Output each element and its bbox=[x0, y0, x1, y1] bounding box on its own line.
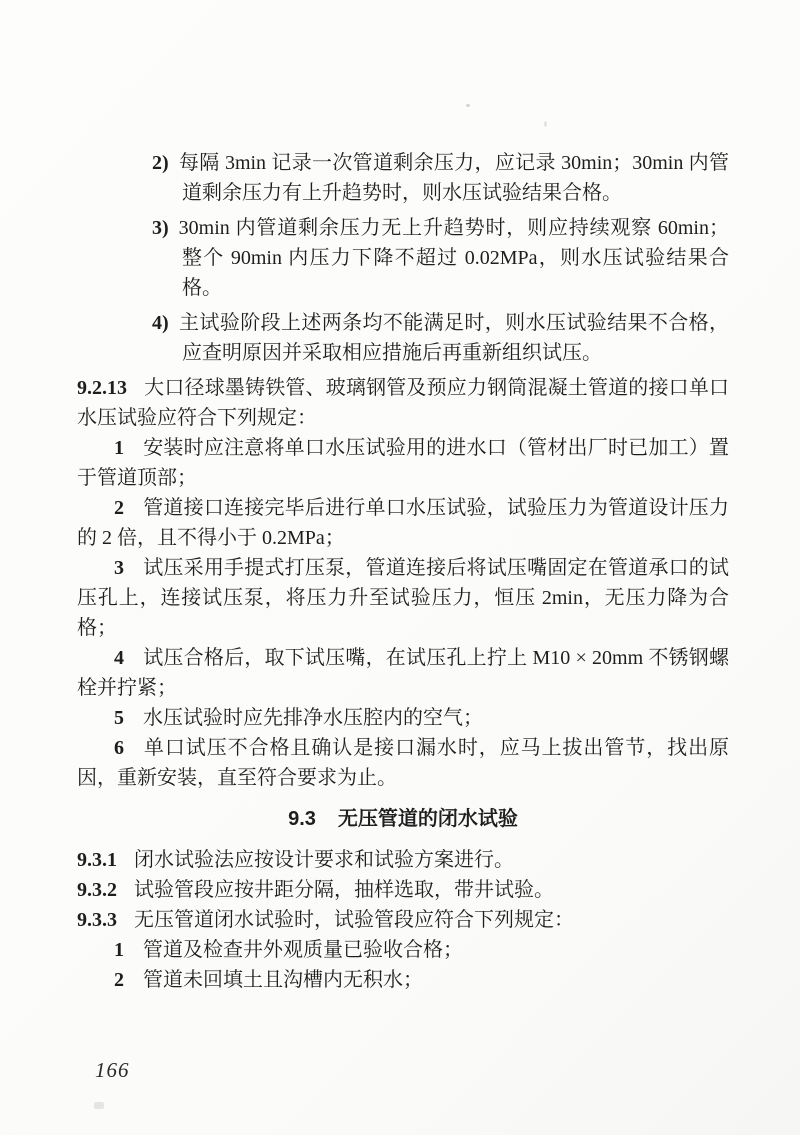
clause-9-3-3: 9.3.3无压管道闭水试验时，试验管段应符合下列规定： bbox=[77, 905, 729, 935]
item-number: 2 bbox=[114, 969, 124, 991]
clause-number: 9.3.1 bbox=[77, 849, 117, 871]
clause-9-2-13: 9.2.13大口径球墨铸铁管、玻璃钢管及预应力钢筒混凝土管道的接口单口水压试验应… bbox=[77, 373, 729, 433]
sublist-item: 2)每隔 3min 记录一次管道剩余压力，应记录 30min；30min 内管道… bbox=[77, 148, 729, 208]
clause-text: 无压管道闭水试验时，试验管段应符合下列规定： bbox=[134, 909, 574, 931]
item-text: 试压采用手提式打压泵，管道连接后将试压嘴固定在管道承口的试压孔上，连接试压泵，将… bbox=[77, 557, 729, 639]
item-text: 管道及检查井外观质量已验收合格； bbox=[143, 939, 463, 961]
clause-item: 1安装时应注意将单口水压试验用的进水口（管材出厂时已加工）置于管道顶部； bbox=[77, 433, 729, 493]
scanned-document-page: 2)每隔 3min 记录一次管道剩余压力，应记录 30min；30min 内管道… bbox=[0, 0, 800, 1135]
item-number: 2 bbox=[114, 497, 124, 519]
clause-item: 2管道未回填土且沟槽内无积水； bbox=[77, 965, 729, 995]
clause-item: 3试压采用手提式打压泵，管道连接后将试压嘴固定在管道承口的试压孔上，连接试压泵，… bbox=[77, 553, 729, 643]
sublist-item: 3)30min 内管道剩余压力无上升趋势时，则应持续观察 60min；整个 90… bbox=[77, 213, 729, 303]
sublist-item-text: 主试验阶段上述两条均不能满足时，则水压试验结果不合格，应查明原因并采取相应措施后… bbox=[179, 312, 729, 364]
sublist-item-text: 每隔 3min 记录一次管道剩余压力，应记录 30min；30min 内管道剩余… bbox=[179, 152, 729, 204]
clause-item: 4试压合格后，取下试压嘴，在试压孔上拧上 M10 × 20mm 不锈钢螺栓并拧紧… bbox=[77, 643, 729, 703]
page-number: 166 bbox=[95, 1058, 130, 1083]
item-text: 单口试压不合格且确认是接口漏水时，应马上拔出管节，找出原因，重新安装，直至符合要… bbox=[77, 737, 729, 789]
clause-item: 5水压试验时应先排净水压腔内的空气； bbox=[77, 703, 729, 733]
section-title: 无压管道的闭水试验 bbox=[338, 808, 518, 830]
scan-speck bbox=[94, 1102, 104, 1109]
clause-item: 6单口试压不合格且确认是接口漏水时，应马上拔出管节，找出原因，重新安装，直至符合… bbox=[77, 733, 729, 793]
item-text: 安装时应注意将单口水压试验用的进水口（管材出厂时已加工）置于管道顶部； bbox=[77, 437, 729, 489]
clause-text: 试验管段应按井距分隔，抽样选取，带井试验。 bbox=[134, 879, 554, 901]
sublist-item-marker: 4) bbox=[152, 312, 169, 334]
clause-item: 1管道及检查井外观质量已验收合格； bbox=[77, 935, 729, 965]
sublist-item-marker: 2) bbox=[152, 152, 169, 174]
sublist-item-text: 30min 内管道剩余压力无上升趋势时，则应持续观察 60min；整个 90mi… bbox=[179, 217, 729, 299]
item-text: 试压合格后，取下试压嘴，在试压孔上拧上 M10 × 20mm 不锈钢螺栓并拧紧； bbox=[77, 647, 729, 699]
section-heading-9-3: 9.3无压管道的闭水试验 bbox=[77, 803, 729, 835]
item-number: 1 bbox=[114, 939, 124, 961]
item-number: 5 bbox=[114, 707, 124, 729]
sublist-item-marker: 3) bbox=[152, 217, 169, 239]
sublist-item: 4)主试验阶段上述两条均不能满足时，则水压试验结果不合格，应查明原因并采取相应措… bbox=[77, 308, 729, 368]
item-number: 3 bbox=[114, 557, 124, 579]
clause-9-3-2: 9.3.2试验管段应按井距分隔，抽样选取，带井试验。 bbox=[77, 875, 729, 905]
clause-number: 9.2.13 bbox=[77, 377, 127, 399]
item-text: 管道接口连接完毕后进行单口水压试验，试验压力为管道设计压力的 2 倍，且不得小于… bbox=[77, 497, 729, 549]
clause-number: 9.3.3 bbox=[77, 909, 117, 931]
item-number: 6 bbox=[114, 737, 124, 759]
section-number: 9.3 bbox=[288, 808, 316, 830]
scan-speck bbox=[466, 104, 470, 107]
clause-item: 2管道接口连接完毕后进行单口水压试验，试验压力为管道设计压力的 2 倍，且不得小… bbox=[77, 493, 729, 553]
item-number: 4 bbox=[114, 647, 124, 669]
item-text: 水压试验时应先排净水压腔内的空气； bbox=[143, 707, 483, 729]
scan-speck bbox=[544, 121, 547, 127]
item-text: 管道未回填土且沟槽内无积水； bbox=[143, 969, 423, 991]
clause-9-3-1: 9.3.1闭水试验法应按设计要求和试验方案进行。 bbox=[77, 845, 729, 875]
page-content: 2)每隔 3min 记录一次管道剩余压力，应记录 30min；30min 内管道… bbox=[77, 148, 729, 995]
clause-text: 闭水试验法应按设计要求和试验方案进行。 bbox=[134, 849, 514, 871]
clause-number: 9.3.2 bbox=[77, 879, 117, 901]
item-number: 1 bbox=[114, 437, 124, 459]
clause-text: 大口径球墨铸铁管、玻璃钢管及预应力钢筒混凝土管道的接口单口水压试验应符合下列规定… bbox=[77, 377, 729, 429]
